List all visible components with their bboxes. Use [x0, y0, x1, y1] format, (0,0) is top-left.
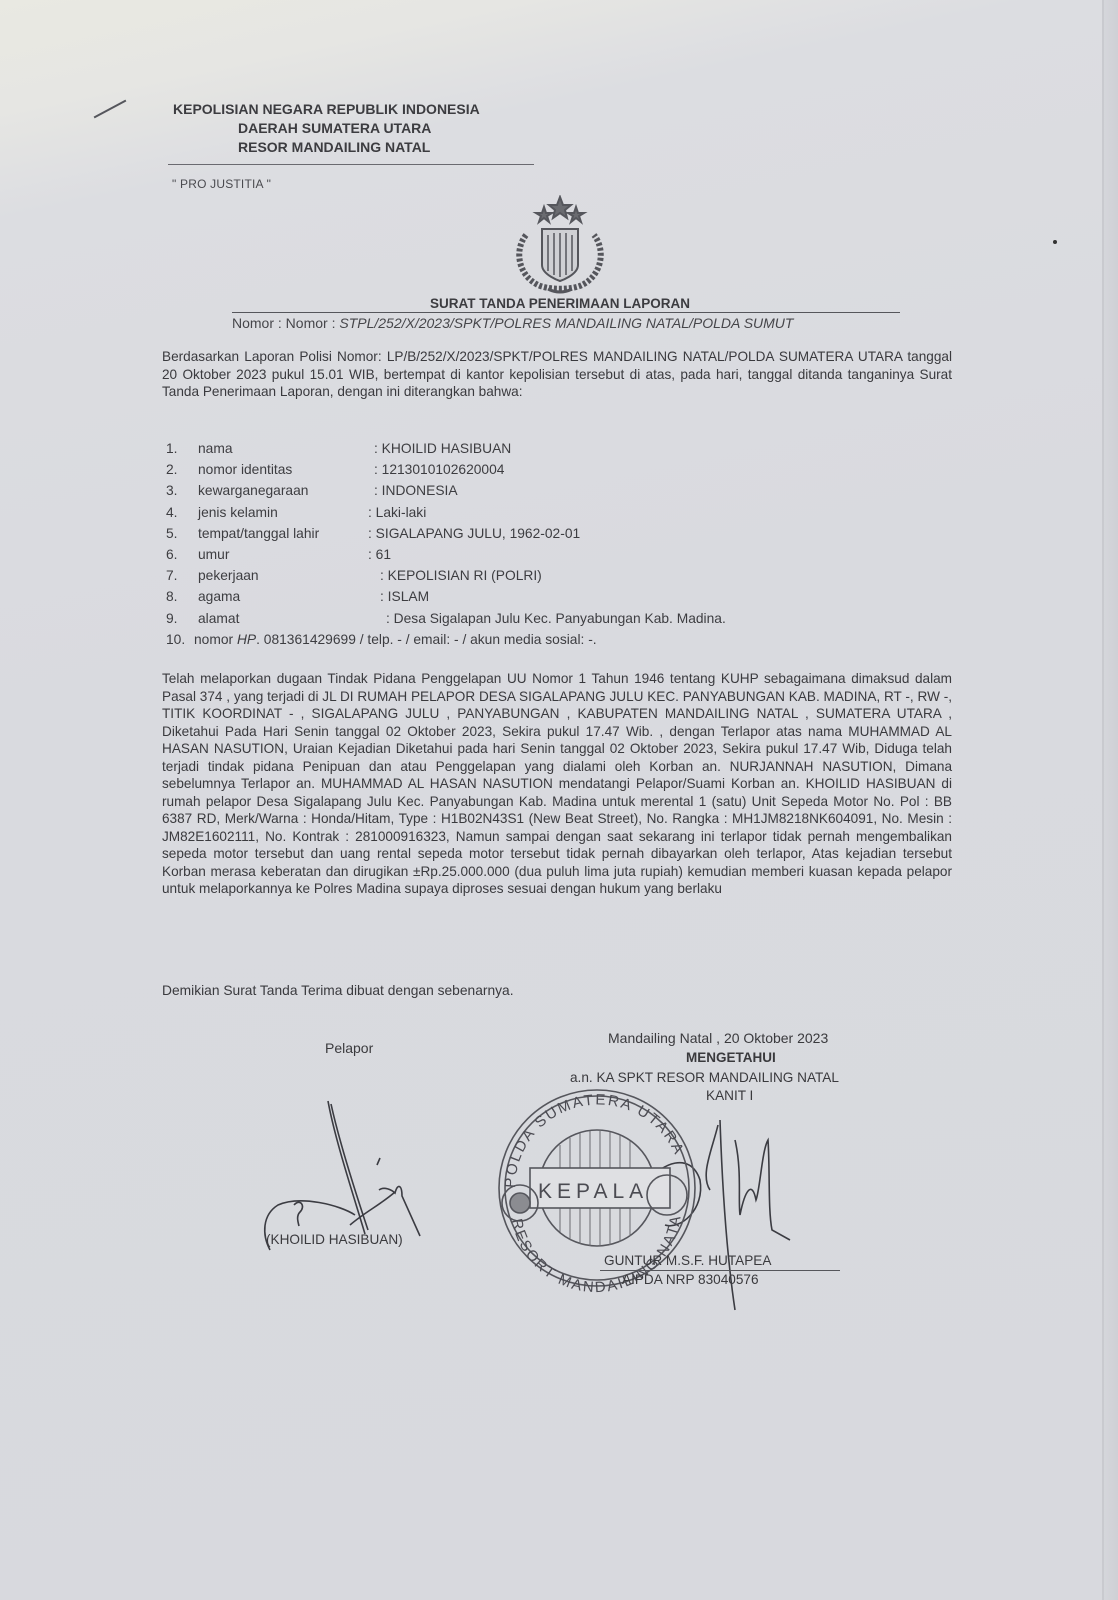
reporter-name: (KHOILID HASIBUAN) [266, 1232, 403, 1247]
identity-label: nama [198, 441, 233, 456]
identity-num: 8. [166, 589, 194, 604]
pen-mark [94, 100, 127, 119]
page-edge-shadow [1104, 0, 1118, 1600]
identity-value: : 1213010102620004 [374, 462, 504, 477]
police-emblem-icon [508, 195, 612, 295]
letterhead-divider [168, 164, 534, 165]
contact-label-hp: HP [237, 632, 256, 647]
identity-num: 5. [166, 526, 194, 541]
identity-num: 1. [166, 441, 194, 456]
place-date: Mandailing Natal , 20 Oktober 2023 [608, 1030, 828, 1046]
identity-label: tempat/tanggal lahir [198, 526, 319, 541]
letterhead: KEPOLISIAN NEGARA REPUBLIK INDONESIA DAE… [170, 100, 530, 157]
ink-dot [1053, 240, 1057, 244]
identity-value: : KEPOLISIAN RI (POLRI) [380, 568, 542, 583]
identity-num: 3. [166, 483, 194, 498]
document-number-value: STPL/252/X/2023/SPKT/POLRES MANDAILING N… [339, 315, 793, 331]
closing-statement: Demikian Surat Tanda Terima dibuat denga… [162, 983, 514, 998]
identity-value: : Laki-laki [368, 505, 426, 520]
identity-num: 4. [166, 505, 194, 520]
letterhead-line2: DAERAH SUMATERA UTARA [170, 119, 530, 138]
document-number: Nomor : Nomor : STPL/252/X/2023/SPKT/POL… [232, 315, 900, 331]
letterhead-line1: KEPOLISIAN NEGARA REPUBLIK INDONESIA [170, 100, 530, 119]
stamp-center-text: KEPALA [538, 1180, 648, 1203]
document-title: SURAT TANDA PENERIMAAN LAPORAN [220, 296, 900, 311]
stamp-top-text: POLDA SUMATERA UTARA [502, 1091, 688, 1188]
identity-value: : ISLAM [380, 589, 429, 604]
official-name-underline [600, 1270, 840, 1271]
intro-paragraph: Berdasarkan Laporan Polisi Nomor: LP/B/2… [162, 348, 952, 401]
identity-value: : INDONESIA [374, 483, 458, 498]
official-rank-nrp: AIPDA NRP 83040576 [622, 1272, 759, 1287]
letterhead-line3: RESOR MANDAILING NATAL [170, 138, 530, 157]
identity-label: pekerjaan [198, 568, 259, 583]
identity-label: umur [198, 547, 229, 562]
identity-num: 6. [166, 547, 194, 562]
title-underline [232, 312, 900, 313]
identity-num: 9. [166, 611, 194, 626]
contact-label: nomor [194, 632, 237, 647]
identity-label: nomor identitas [198, 462, 292, 477]
identity-label: jenis kelamin [198, 505, 278, 520]
identity-contact: nomor HP. 081361429699 / telp. - / email… [194, 632, 597, 647]
report-paragraph: Telah melaporkan dugaan Tindak Pidana Pe… [162, 670, 952, 898]
reporter-signature-icon [265, 1101, 420, 1250]
pro-justitia: " PRO JUSTITIA " [172, 177, 271, 191]
contact-value: . 081361429699 / telp. - / email: - / ak… [256, 632, 597, 647]
official-name: GUNTUR M.S.F. HUTAPEA [604, 1253, 771, 1268]
identity-value: : SIGALAPANG JULU, 1962-02-01 [368, 526, 580, 541]
identity-value: : 61 [368, 547, 391, 562]
identity-num: 7. [166, 568, 194, 583]
on-behalf-of: a.n. KA SPKT RESOR MANDAILING NATAL [570, 1070, 839, 1085]
identity-num: 2. [166, 462, 194, 477]
identity-value: : Desa Sigalapan Julu Kec. Panyabungan K… [386, 611, 726, 626]
identity-label: agama [198, 589, 240, 604]
page-edge [1102, 0, 1104, 1600]
identity-label: alamat [198, 611, 239, 626]
reporter-label: Pelapor [325, 1040, 373, 1056]
identity-label: kewarganegaraan [198, 483, 308, 498]
identity-num: 10. [166, 632, 194, 647]
identity-value: : KHOILID HASIBUAN [374, 441, 511, 456]
svg-text:POLDA SUMATERA UTARA: POLDA SUMATERA UTARA [502, 1091, 688, 1188]
document-number-prefix: Nomor : Nomor : [232, 315, 339, 331]
acknowledged-heading: MENGETAHUI [686, 1050, 776, 1065]
official-position: KANIT I [706, 1088, 753, 1103]
